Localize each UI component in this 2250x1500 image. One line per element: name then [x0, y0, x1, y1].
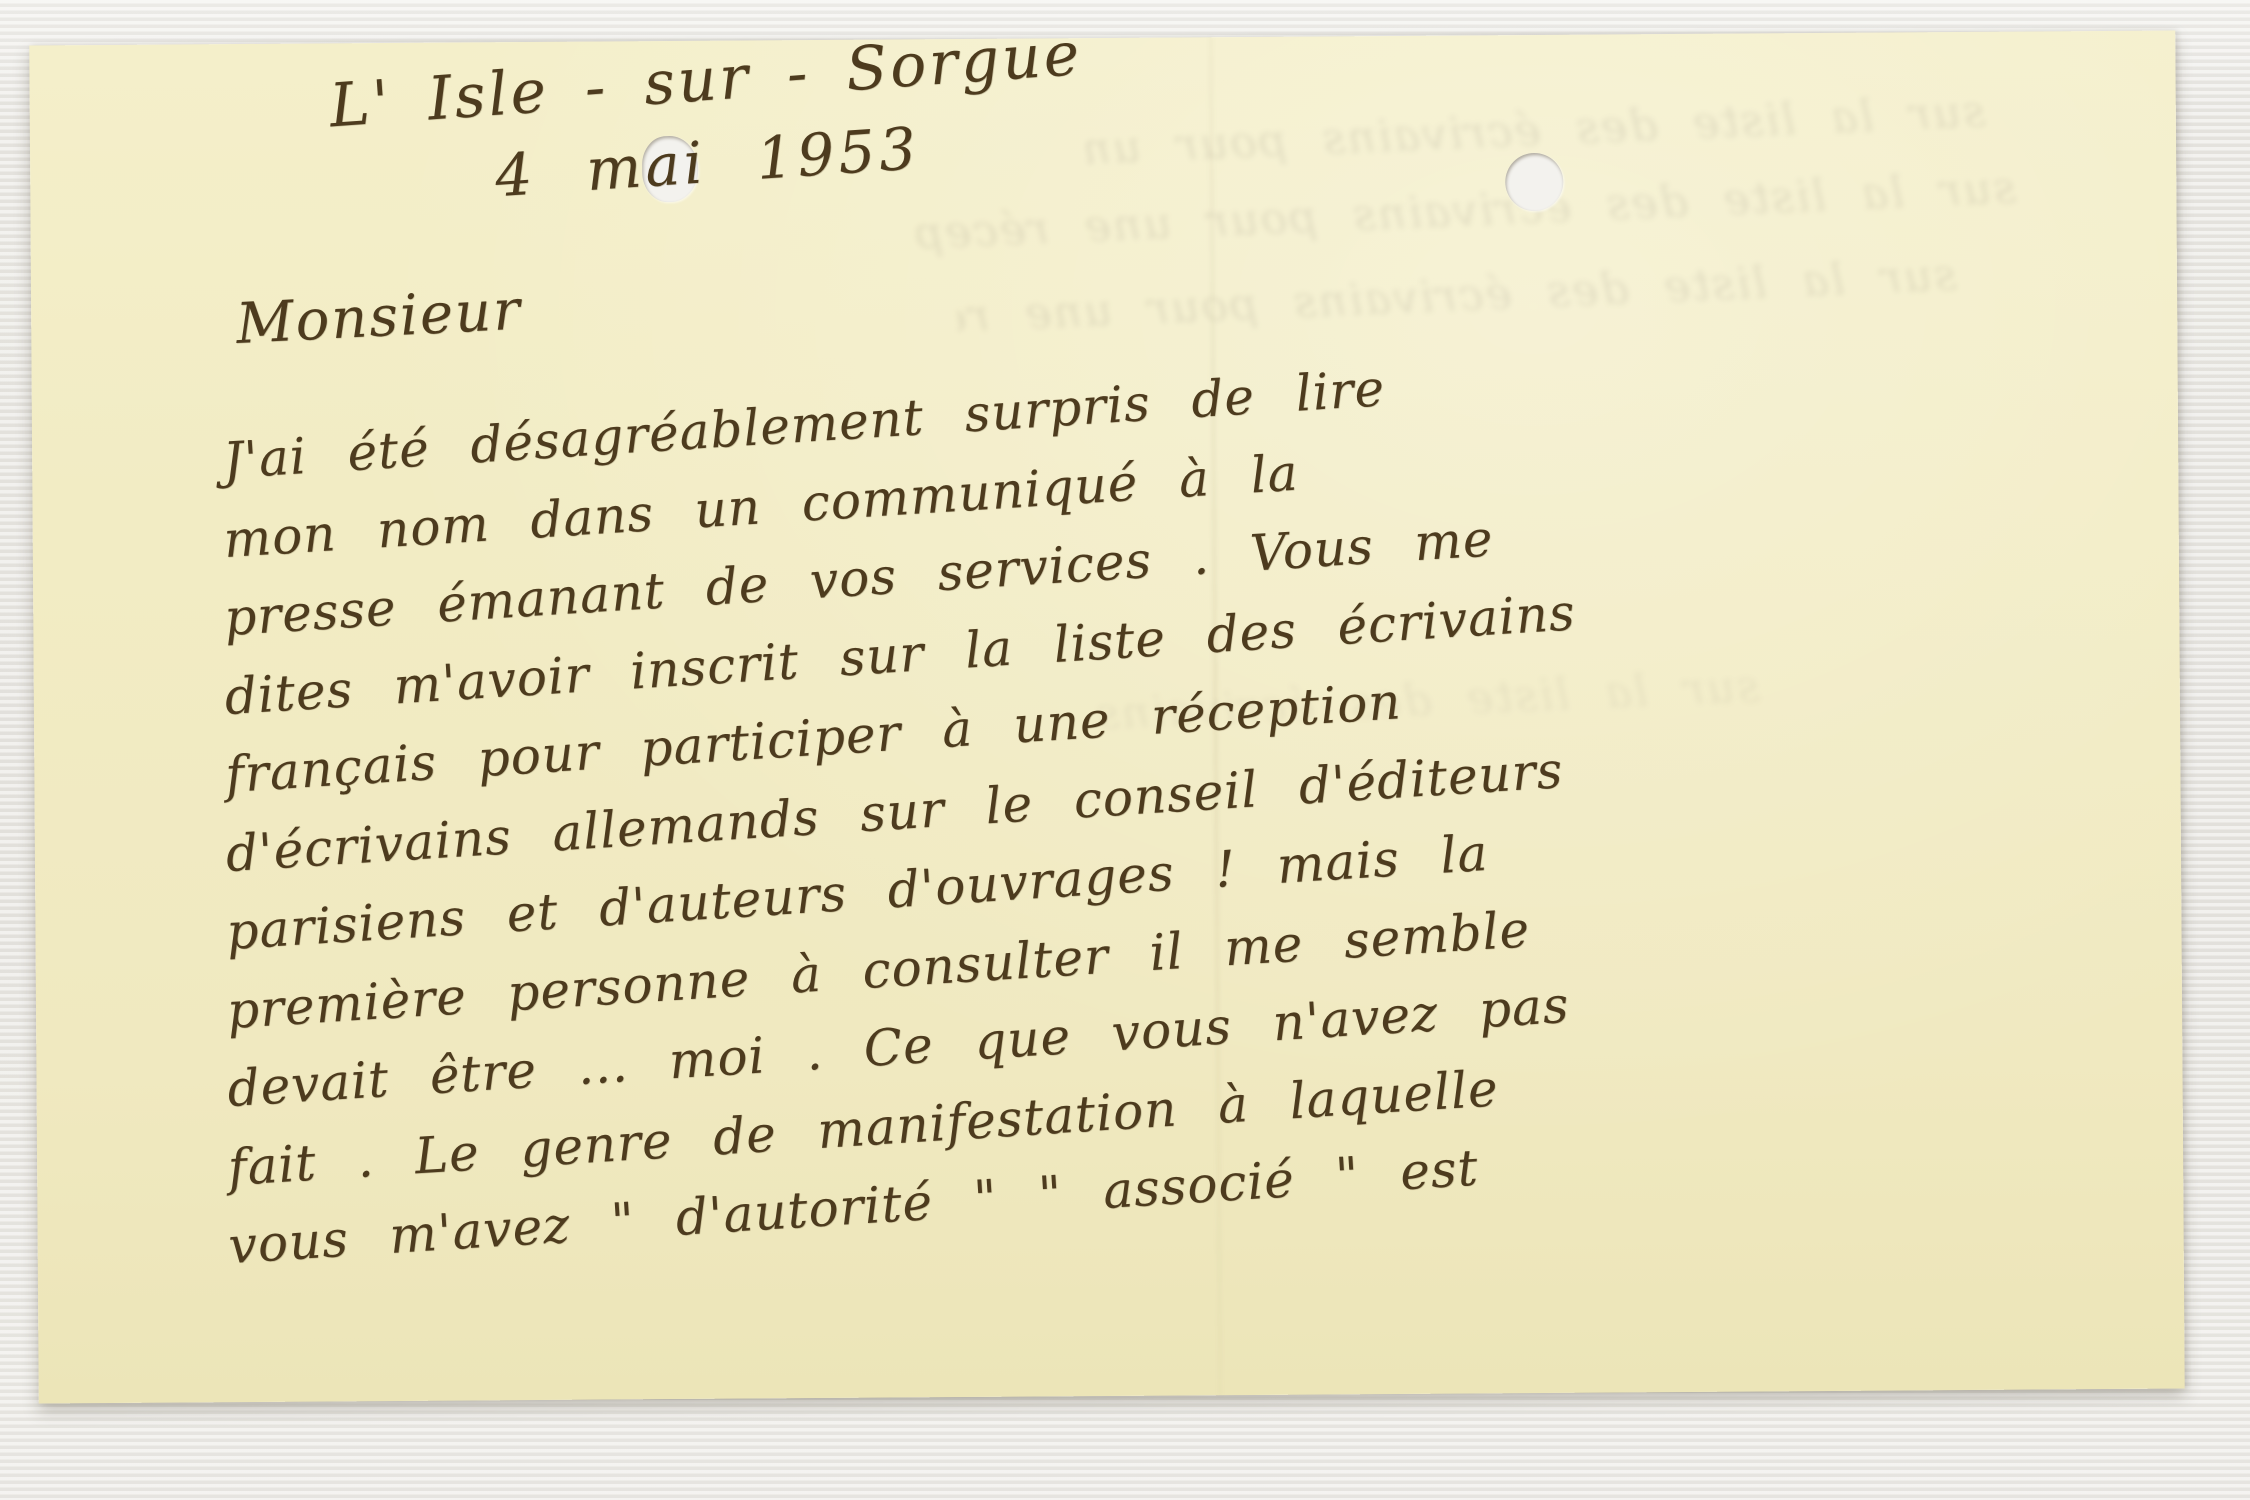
letter-body: J'ai été désagréablement surpris de lire…	[224, 418, 2190, 1295]
ink-bleed-through: sur la liste des écrivains pour une réce…	[916, 162, 2017, 259]
ink-bleed-through: sur la liste des écrivains pour une réce…	[956, 250, 1957, 343]
letter-date: 4 mai 1953	[493, 114, 922, 210]
photo-of-letter: { "photo": { "background_color": "#e7e5e…	[0, 0, 2250, 1500]
punch-hole	[1505, 153, 1563, 211]
letter-paper: sur la liste des écrivains pour une réce…	[29, 31, 2184, 1404]
letter-salutation: Monsieur	[235, 278, 524, 357]
